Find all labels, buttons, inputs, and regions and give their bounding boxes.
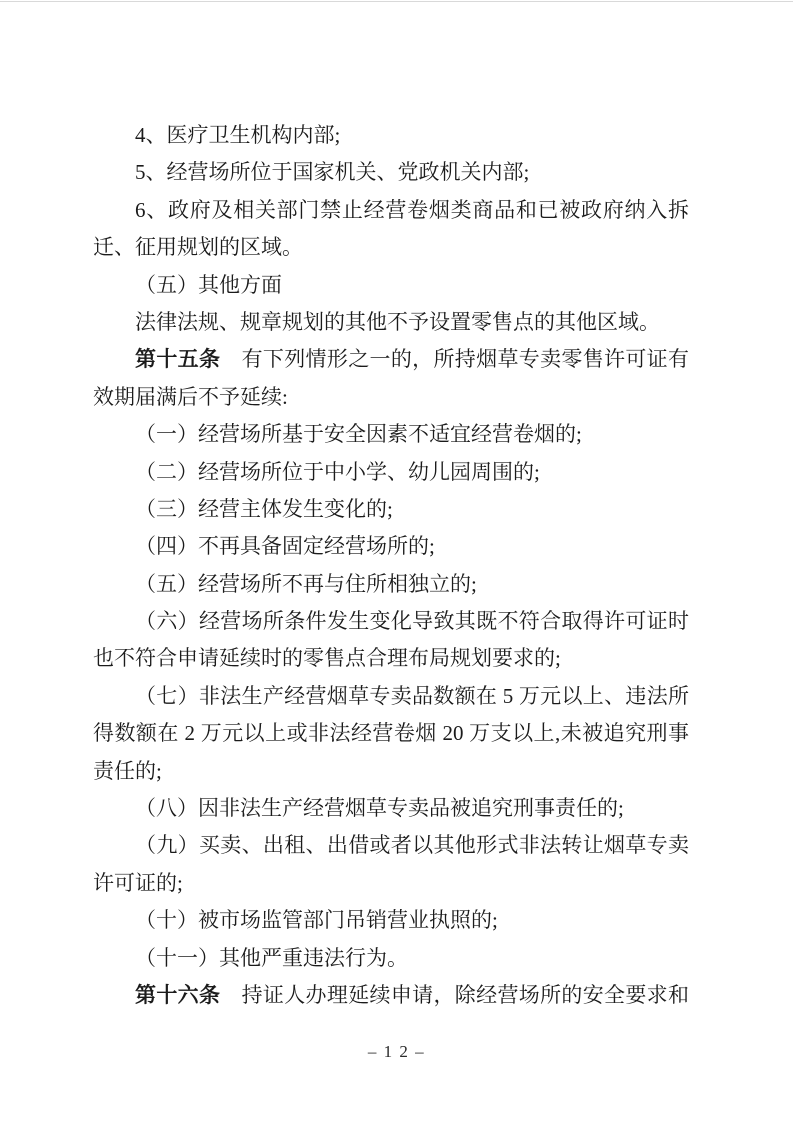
text-line: （五）经营场所不再与住所相独立的;: [93, 566, 689, 603]
text-run: 持证人办理延续申请，除经营场所的安全要求和: [220, 983, 689, 1007]
text-line: （十）被市场监管部门吊销营业执照的;: [93, 902, 689, 939]
text-line: 第十六条 持证人办理延续申请，除经营场所的安全要求和: [93, 977, 689, 1014]
text-line: 5、经营场所位于国家机关、党政机关内部;: [93, 154, 689, 191]
text-line: 也不符合申请延续时的零售点合理布局规划要求的;: [93, 640, 689, 677]
text-line: 6、政府及相关部门禁止经营卷烟类商品和已被政府纳入拆: [93, 192, 689, 229]
text-run: （六）经营场所条件发生变化导致其既不符合取得许可证时: [135, 609, 689, 633]
page-number: – 1 2 –: [368, 1042, 425, 1061]
text-line: （二）经营场所位于中小学、幼儿园周围的;: [93, 454, 689, 491]
page-footer: – 1 2 –: [0, 1042, 793, 1062]
text-run: 有下列情形之一的，所持烟草专卖零售许可证有: [220, 347, 689, 371]
text-line: 迁、征用规划的区域。: [93, 229, 689, 266]
text-line: 得数额在 2 万元以上或非法经营卷烟 20 万支以上,未被追究刑事: [93, 715, 689, 752]
text-run: （十一）其他严重违法行为。: [135, 946, 408, 970]
text-run: 得数额在 2 万元以上或非法经营卷烟 20 万支以上,未被追究刑事: [93, 721, 689, 745]
text-run: （五）其他方面: [135, 273, 282, 297]
text-run: （十）被市场监管部门吊销营业执照的;: [135, 908, 498, 932]
text-line: （十一）其他严重违法行为。: [93, 940, 689, 977]
text-line: 许可证的;: [93, 865, 689, 902]
text-run: 许可证的;: [93, 871, 183, 895]
text-line: （六）经营场所条件发生变化导致其既不符合取得许可证时: [93, 603, 689, 640]
text-line: （一）经营场所基于安全因素不适宜经营卷烟的;: [93, 416, 689, 453]
text-line: 责任的;: [93, 753, 689, 790]
text-run: （八）因非法生产经营烟草专卖品被追究刑事责任的;: [135, 796, 624, 820]
text-run: 责任的;: [93, 759, 162, 783]
text-line: （七）非法生产经营烟草专卖品数额在 5 万元以上、违法所: [93, 678, 689, 715]
article-heading: 第十六条: [135, 983, 220, 1007]
document-page: 4、医疗卫生机构内部;5、经营场所位于国家机关、党政机关内部;6、政府及相关部门…: [0, 0, 793, 1122]
page-top-edge: [0, 1, 793, 2]
article-heading: 第十五条: [135, 347, 220, 371]
text-run: 法律法规、规章规划的其他不予设置零售点的其他区域。: [135, 310, 660, 334]
text-run: （三）经营主体发生变化的;: [135, 497, 393, 521]
text-run: （四）不再具备固定经营场所的;: [135, 534, 435, 558]
text-run: （九）买卖、出租、出借或者以其他形式非法转让烟草专卖: [135, 833, 689, 857]
text-run: 效期届满后不予延续:: [93, 385, 288, 409]
text-run: （二）经营场所位于中小学、幼儿园周围的;: [135, 460, 540, 484]
text-line: （八）因非法生产经营烟草专卖品被追究刑事责任的;: [93, 790, 689, 827]
text-line: 效期届满后不予延续:: [93, 379, 689, 416]
document-body: 4、医疗卫生机构内部;5、经营场所位于国家机关、党政机关内部;6、政府及相关部门…: [93, 117, 689, 1014]
text-run: （五）经营场所不再与住所相独立的;: [135, 572, 477, 596]
text-line: （五）其他方面: [93, 267, 689, 304]
text-line: （九）买卖、出租、出借或者以其他形式非法转让烟草专卖: [93, 827, 689, 864]
text-line: （三）经营主体发生变化的;: [93, 491, 689, 528]
text-run: 也不符合申请延续时的零售点合理布局规划要求的;: [93, 646, 561, 670]
text-run: 4、医疗卫生机构内部;: [135, 123, 340, 147]
text-line: 法律法规、规章规划的其他不予设置零售点的其他区域。: [93, 304, 689, 341]
text-line: 第十五条 有下列情形之一的，所持烟草专卖零售许可证有: [93, 341, 689, 378]
text-run: 6、政府及相关部门禁止经营卷烟类商品和已被政府纳入拆: [135, 198, 689, 222]
text-run: 5、经营场所位于国家机关、党政机关内部;: [135, 160, 529, 184]
text-run: （七）非法生产经营烟草专卖品数额在 5 万元以上、违法所: [135, 684, 689, 708]
text-run: 迁、征用规划的区域。: [93, 235, 303, 259]
text-line: （四）不再具备固定经营场所的;: [93, 528, 689, 565]
text-run: （一）经营场所基于安全因素不适宜经营卷烟的;: [135, 422, 582, 446]
text-line: 4、医疗卫生机构内部;: [93, 117, 689, 154]
